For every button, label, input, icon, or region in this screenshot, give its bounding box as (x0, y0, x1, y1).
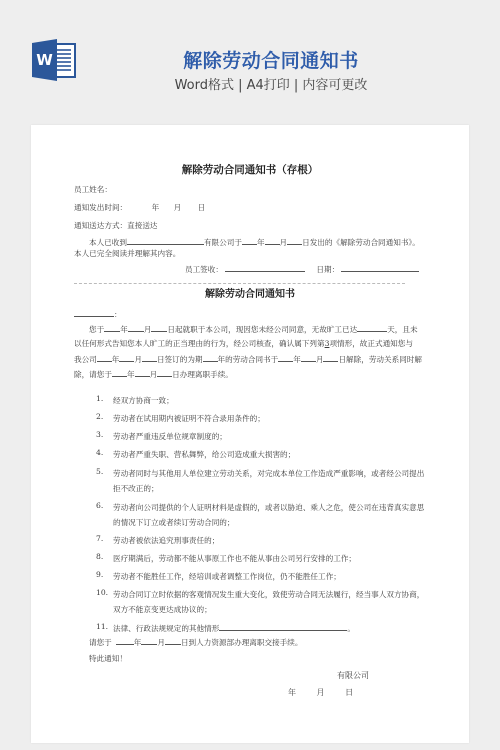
header: W 解除劳动合同通知书 Word格式 | A4打印 | 内容可更改 (0, 0, 500, 120)
receipt-line-2: 本人已完全阅读并理解其内容。 (74, 248, 180, 259)
body-line-3: 我公司年月日签订的为期年的劳动合同书于年月日解除，劳动关系同时解 (74, 353, 422, 365)
year-label: 年 (152, 203, 160, 212)
cut-line (74, 283, 405, 284)
page-subtitle: Word格式 | A4打印 | 内容可更改 (0, 74, 500, 93)
item-num: 6. (96, 500, 112, 511)
item-text: 劳动者向公司提供的个人证明材料是虚假的，或者以胁迫、乘人之危，使公司在违背真实意… (113, 500, 426, 530)
receipt-text: 日发出的《解除劳动合同通知书》。 (302, 238, 420, 247)
month-blank[interactable] (301, 353, 316, 362)
recipient-blank[interactable] (74, 308, 114, 317)
year-blank[interactable] (278, 353, 293, 362)
item-num: 2. (96, 411, 112, 422)
sign-label: 员工签收： (185, 265, 223, 274)
body-text: 以任何形式告知您本人旷工的正当理由的行为，经公司核查，确认属下列第 (74, 339, 325, 348)
days-blank[interactable] (357, 323, 387, 332)
year-label: 年 (257, 238, 265, 247)
month-label: 月 (150, 370, 158, 379)
item-text: 法律、行政法规规定的其他情形。 (113, 621, 426, 636)
other-circumstance-blank[interactable] (219, 622, 347, 631)
month-label: 月 (317, 688, 325, 697)
notice-time-row: 通知发出时间： 年 月 日 (74, 202, 205, 213)
month-label: 月 (174, 203, 182, 212)
item-num: 9. (96, 569, 112, 580)
day-label: 日 (198, 203, 206, 212)
month-blank[interactable] (265, 236, 280, 245)
item-text-main: 法律、行政法规规定的其他情形 (113, 624, 219, 633)
item-num: 1. (96, 393, 112, 404)
notice-time-label: 通知发出时间： (74, 203, 127, 212)
item-num: 4. (96, 447, 112, 458)
year-blank[interactable] (112, 368, 127, 377)
signature-blank[interactable] (225, 263, 305, 272)
item-num: 10. (96, 587, 112, 598)
month-label: 月 (134, 355, 142, 364)
receipt-line-1: 本人已收到有限公司于年月日发出的《解除劳动合同通知书》。 (89, 236, 420, 248)
salutation-suffix: ： (114, 310, 122, 319)
item-text: 劳动者在试用期内被证明不符合录用条件的； (113, 411, 426, 426)
year-label: 年 (288, 688, 296, 697)
stub-title: 解除劳动合同通知书（存根） (31, 165, 469, 176)
item-num: 7. (96, 533, 112, 544)
delivery-method: 通知送达方式：直接送达 (74, 220, 158, 231)
item-text: 经双方协商一致； (113, 393, 426, 408)
day-blank[interactable] (142, 353, 157, 362)
page-title: 解除劳动合同通知书 (0, 46, 500, 73)
body-text: 天，且未 (387, 325, 417, 334)
item-text: 劳动者严重违反单位规章制度的； (113, 429, 426, 444)
month-label: 月 (157, 638, 165, 647)
item-num: 11. (96, 621, 112, 632)
item-text: 劳动合同订立时依据的客观情况发生重大变化，致使劳动合同无法履行，经当事人双方协商… (113, 587, 426, 617)
company-signature: 有限公司 (337, 670, 369, 681)
body-text: 日解除，劳动关系同时解 (338, 355, 422, 364)
signature-row: 员工签收： 日期： (185, 263, 419, 275)
day-blank[interactable] (151, 323, 167, 332)
body-text: 项情形，故正式通知您与 (329, 339, 413, 348)
handover-line: 请您于年月日到人力资源部办理离职交接手续。 (89, 636, 302, 648)
body-text: 我公司 (74, 355, 97, 364)
month-label: 月 (280, 238, 288, 247)
date-blank[interactable] (341, 263, 419, 272)
body-line-4: 除，请您于年月日办理离职手续。 (74, 368, 233, 380)
employee-name-label: 员工姓名： (74, 184, 112, 195)
day-blank[interactable] (287, 236, 302, 245)
body-text: 日签订的为期 (157, 355, 203, 364)
day-label: 日 (345, 688, 353, 697)
body-text: 您于 (89, 325, 104, 334)
body-line-1: 您于年月日起就职于本公司，现因您未经公司同意，无故旷工已达天，且未 (89, 323, 418, 335)
sign-date: 年 月 日 (288, 687, 353, 698)
item-text: 医疗期满后，劳动都不能从事原工作也不能从事由公司另行安排的工作； (113, 551, 426, 566)
year-blank[interactable] (116, 636, 134, 645)
year-blank[interactable] (242, 236, 257, 245)
month-blank[interactable] (135, 368, 150, 377)
year-label: 年 (134, 638, 142, 647)
year-blank[interactable] (104, 323, 120, 332)
item-num: 3. (96, 429, 112, 440)
item-suffix: 。 (347, 624, 355, 633)
notice-title: 解除劳动合同通知书 (31, 289, 469, 300)
item-text: 劳动者被依法追究刑事责任的； (113, 533, 426, 548)
receipt-text: 本人已收到 (89, 238, 127, 247)
item-text: 劳动者严重失职、营私舞弊，给公司造成重大损害的； (113, 447, 426, 462)
body-text: 除，请您于 (74, 370, 112, 379)
month-label: 月 (316, 355, 324, 364)
year-label: 年 (127, 370, 135, 379)
body-text: 日办理离职手续。 (172, 370, 233, 379)
item-num: 5. (96, 466, 112, 477)
item-num: 8. (96, 551, 112, 562)
receipt-text: 有限公司于 (204, 238, 242, 247)
month-blank[interactable] (119, 353, 134, 362)
item-text: 劳动者不能胜任工作，经培训或者调整工作岗位，仍不能胜任工作； (113, 569, 426, 584)
month-blank[interactable] (141, 636, 157, 645)
year-blank[interactable] (97, 353, 112, 362)
day-blank[interactable] (157, 368, 172, 377)
month-blank[interactable] (128, 323, 144, 332)
closing: 特此通知！ (89, 653, 127, 664)
document-page: 解除劳动合同通知书（存根） 员工姓名： 通知发出时间： 年 月 日 通知送达方式… (31, 125, 469, 743)
month-label: 月 (144, 325, 152, 334)
year-label: 年 (293, 355, 301, 364)
salutation: ： (74, 308, 122, 320)
body-line-2: 以任何形式告知您本人旷工的正当理由的行为，经公司核查，确认属下列第3项情形，故正… (74, 338, 413, 349)
date-label: 日期： (316, 265, 339, 274)
year-label: 年 (112, 355, 120, 364)
term-blank[interactable] (203, 353, 218, 362)
company-blank[interactable] (127, 236, 204, 245)
body-text: 年的劳动合同书于 (218, 355, 279, 364)
day-blank[interactable] (323, 353, 338, 362)
year-label: 年 (120, 325, 128, 334)
body-text: 请您于 (89, 638, 112, 647)
body-text: 日到人力资源部办理离职交接手续。 (181, 638, 303, 647)
item-text: 劳动者同时与其他用人单位建立劳动关系，对完成本单位工作造成严重影响，或者经公司提… (113, 466, 426, 496)
day-blank[interactable] (165, 636, 181, 645)
body-text: 日起就职于本公司，现因您未经公司同意，无故旷工已达 (167, 325, 357, 334)
